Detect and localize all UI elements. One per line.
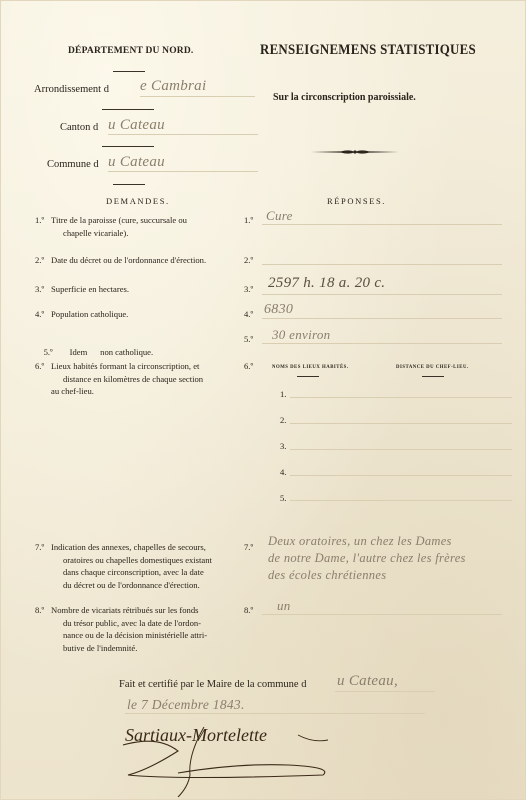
- answer-6-number: 6.º: [244, 361, 253, 371]
- answer-1: Cure: [266, 208, 293, 224]
- answer-1-number: 1.º: [244, 215, 253, 225]
- place-row-number: 5.: [280, 493, 286, 503]
- canton-label: Canton d: [60, 122, 98, 133]
- answer-2-number: 2.º: [244, 255, 253, 265]
- divider: [422, 376, 444, 377]
- divider: [113, 184, 145, 185]
- place-row-line: [290, 423, 512, 424]
- arrondissement-value: e Cambrai: [140, 78, 206, 95]
- signature-flourish-icon: [118, 725, 348, 800]
- place-row-number: 1.: [280, 389, 286, 399]
- question-2: 2.ºDate du décret ou de l'ordonnance d'é…: [35, 254, 206, 267]
- places-names-heading: NOMS DES LIEUX HABITÉS.: [272, 365, 349, 370]
- certification-date: le 7 Décembre 1843.: [127, 697, 245, 713]
- answer-5-number: 5.º: [244, 334, 253, 344]
- document-page: DÉPARTEMENT DU NORD. Arrondissement d e …: [0, 0, 526, 800]
- answer-8: un: [277, 598, 291, 614]
- fill-line: [335, 691, 435, 692]
- answer-4: 6830: [264, 302, 293, 318]
- answer-7: Deux oratoires, un chez les Dames de not…: [268, 533, 466, 584]
- answer-7-number: 7.º: [244, 542, 253, 552]
- answer-5: 30 environ: [272, 327, 330, 343]
- place-row-number: 2.: [280, 415, 286, 425]
- document-title: RENSEIGNEMENS STATISTIQUES: [260, 42, 476, 59]
- divider: [102, 146, 154, 147]
- fill-line: [262, 343, 502, 344]
- arrondissement-label: Arrondissement d: [34, 84, 109, 95]
- ornament-icon: [311, 149, 399, 155]
- department-heading: DÉPARTEMENT DU NORD.: [68, 46, 194, 56]
- place-row-line: [290, 397, 512, 398]
- answer-8-number: 8.º: [244, 605, 253, 615]
- document-subtitle: Sur la circonscription paroissiale.: [273, 92, 416, 103]
- commune-label: Commune d: [47, 159, 99, 170]
- divider: [113, 71, 145, 72]
- fill-line: [262, 224, 502, 225]
- question-1: 1.ºTitre de la paroisse (cure, succursal…: [35, 214, 235, 239]
- question-8: 8.ºNombre de vicariats rétribués sur les…: [35, 604, 245, 654]
- place-row-number: 3.: [280, 441, 286, 451]
- fill-line: [262, 264, 502, 265]
- fill-line: [108, 134, 258, 135]
- answers-heading: RÉPONSES.: [327, 196, 386, 206]
- fill-line: [125, 713, 425, 714]
- questions-heading: DEMANDES.: [106, 196, 170, 206]
- answer-3-number: 3.º: [244, 284, 253, 294]
- question-4: 4.ºPopulation catholique.: [35, 308, 128, 321]
- divider: [102, 109, 154, 110]
- answer-4-number: 4.º: [244, 309, 253, 319]
- place-row-line: [290, 449, 512, 450]
- fill-line: [262, 318, 502, 319]
- certification-text: Fait et certifié par le Maire de la comm…: [119, 679, 306, 690]
- place-row-number: 4.: [280, 467, 286, 477]
- question-6: 6.ºLieux habités formant la circonscript…: [35, 360, 245, 398]
- question-7: 7.ºIndication des annexes, chapelles de …: [35, 541, 245, 591]
- fill-line: [262, 294, 502, 295]
- certification-commune: u Cateau,: [337, 673, 398, 690]
- place-row-line: [290, 500, 512, 501]
- place-row-line: [290, 475, 512, 476]
- commune-value: u Cateau: [108, 154, 165, 171]
- fill-line: [140, 96, 255, 97]
- divider: [297, 376, 319, 377]
- fill-line: [262, 614, 502, 615]
- answer-3: 2597 h. 18 a. 20 c.: [268, 275, 385, 292]
- places-distance-heading: DISTANCE DU CHEF-LIEU.: [396, 365, 469, 370]
- fill-line: [108, 171, 258, 172]
- question-3: 3.ºSuperficie en hectares.: [35, 283, 129, 296]
- canton-value: u Cateau: [108, 117, 165, 134]
